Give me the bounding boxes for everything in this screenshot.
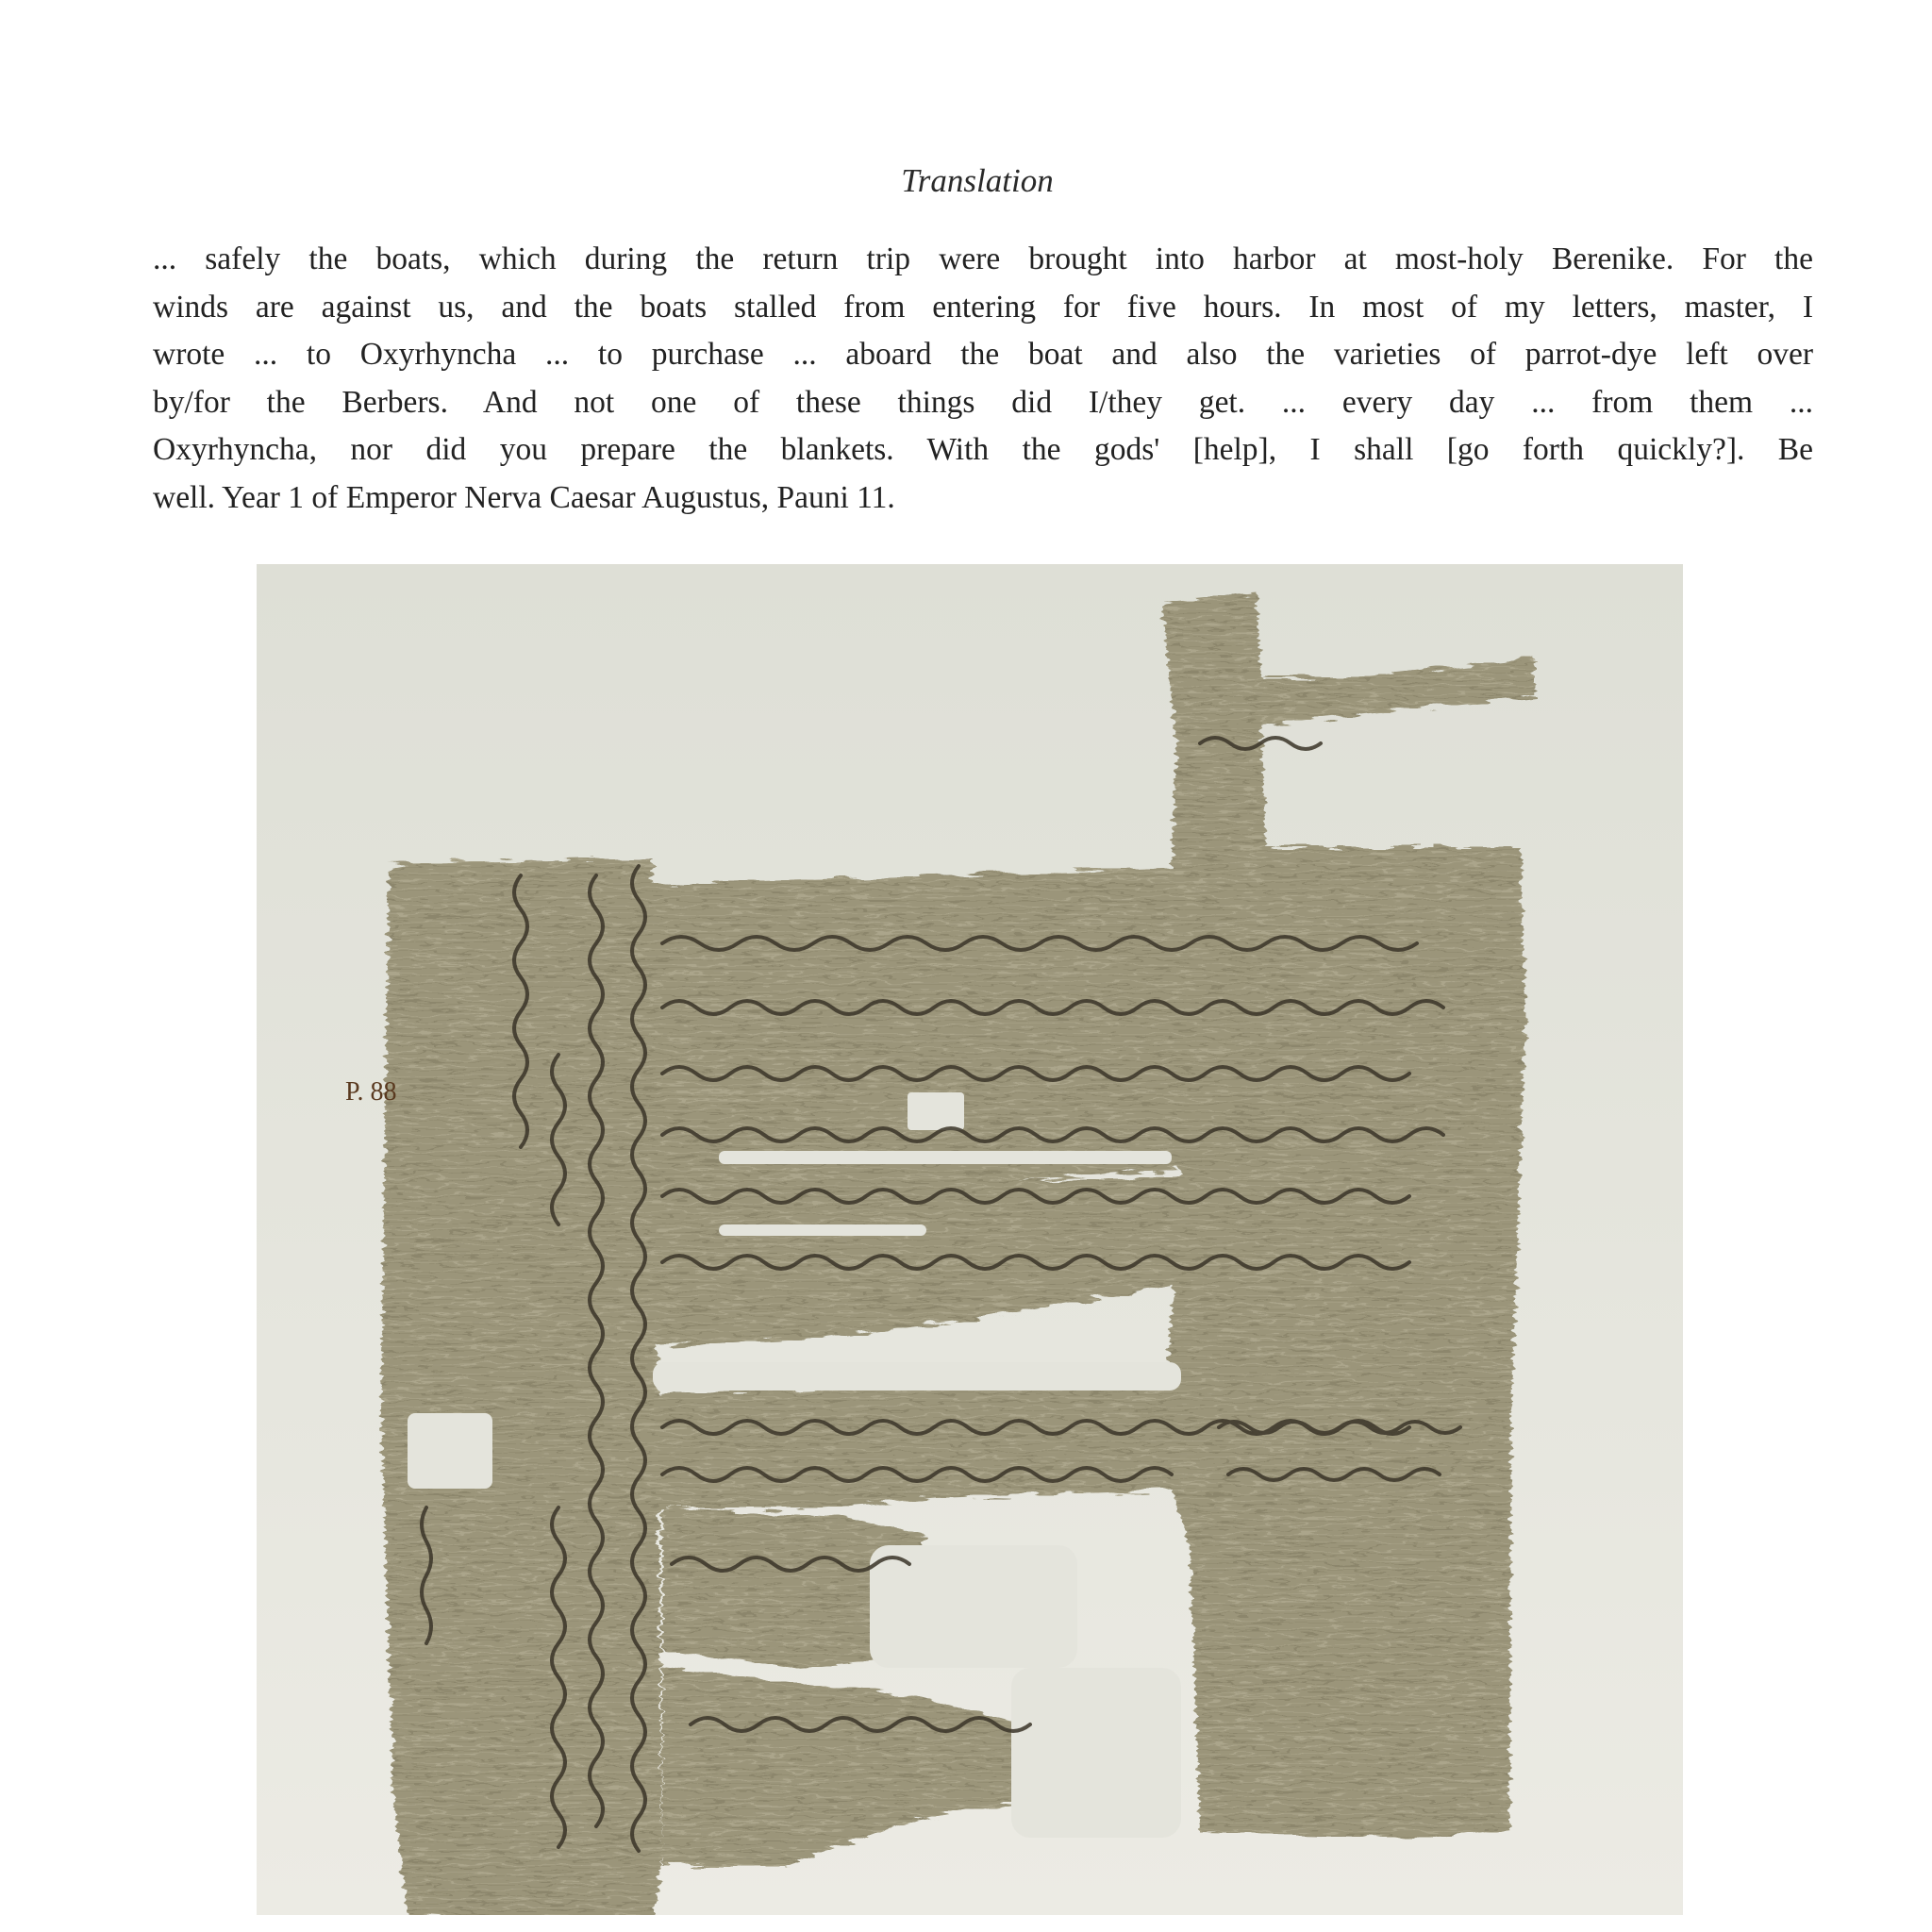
paragraph-line: ... safely the boats, which during the r…	[153, 236, 1813, 284]
section-title: Translation	[0, 162, 1932, 200]
papyrus-fragment-image: P. 88	[257, 564, 1683, 1915]
paragraph-line: winds are against us, and the boats stal…	[153, 284, 1813, 332]
papyrus-photograph: P. 88	[257, 564, 1683, 1915]
paragraph-line: Oxyrhyncha, nor did you prepare the blan…	[153, 426, 1813, 475]
paragraph-line: well. Year 1 of Emperor Nerva Caesar Aug…	[153, 475, 1813, 523]
paragraph-line: wrote ... to Oxyrhyncha ... to purchase …	[153, 331, 1813, 379]
translation-paragraph: ... safely the boats, which during the r…	[153, 236, 1813, 522]
inventory-note: P. 88	[345, 1077, 396, 1107]
paragraph-line: by/for the Berbers. And not one of these…	[153, 379, 1813, 427]
